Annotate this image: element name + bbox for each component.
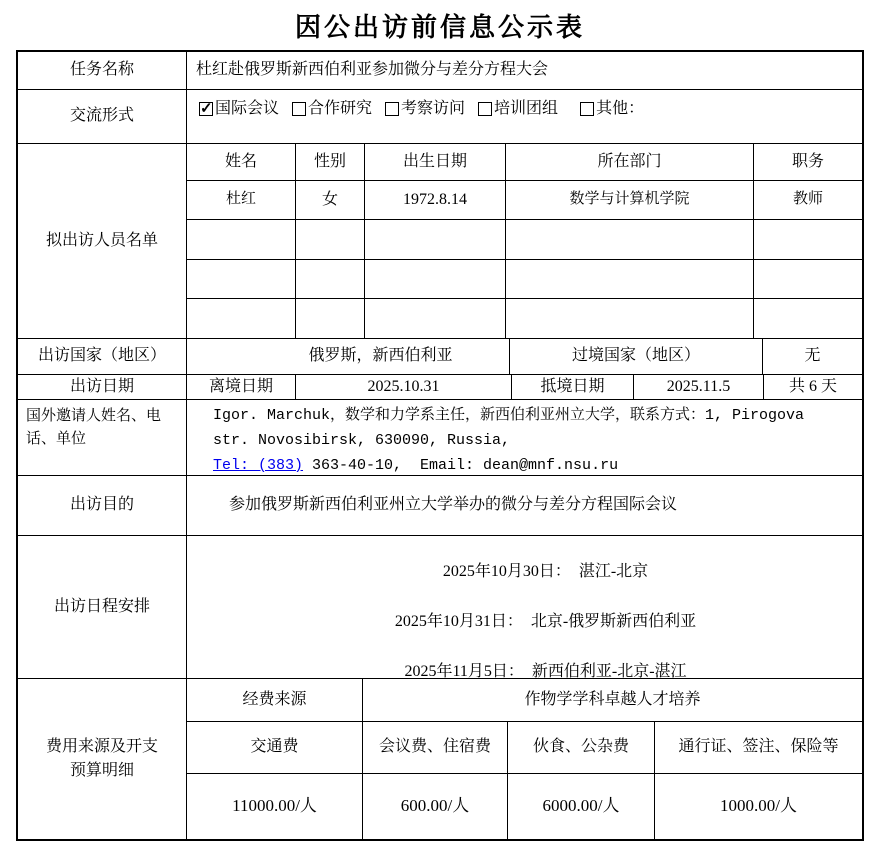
person-position — [754, 220, 862, 259]
tel-rest: 363-40-10, Email: dean@mnf.nsu.ru — [303, 457, 618, 474]
option-other: 其他： — [580, 99, 644, 120]
purpose-row: 出访目的 参加俄罗斯新西伯利亚州立大学举办的微分与差分方程国际会议 — [18, 476, 862, 536]
col-header-name: 姓名 — [187, 144, 296, 180]
arrival-date-value: 2025.11.5 — [634, 375, 764, 399]
personnel-row-empty — [187, 299, 862, 338]
col-header-department: 所在部门 — [506, 144, 754, 180]
schedule-body: 2025年10月30日： 湛江-北京 2025年10月31日： 北京-俄罗斯新西… — [187, 536, 862, 678]
person-birthdate — [365, 220, 506, 259]
transit-country-value: 无 — [763, 339, 862, 374]
personnel-header-row: 姓名 性别 出生日期 所在部门 职务 — [187, 144, 862, 181]
destination-country-row: 出访国家（地区） 俄罗斯，新西伯利亚 过境国家（地区） 无 — [18, 339, 862, 375]
person-department — [506, 260, 754, 298]
col-header-birthdate: 出生日期 — [365, 144, 506, 180]
budget-table: 经费来源 作物学学科卓越人才培养 交通费 会议费、住宿费 伙食、公杂费 通行证、… — [187, 679, 862, 839]
person-position: 教师 — [754, 181, 862, 219]
option-label: 合作研究 — [308, 99, 372, 120]
person-gender — [296, 260, 365, 298]
option-cooperative-research: 合作研究 — [292, 99, 372, 120]
total-days: 共 6 天 — [764, 375, 862, 399]
person-birthdate — [365, 260, 506, 298]
personnel-section: 拟出访人员名单 姓名 性别 出生日期 所在部门 职务 杜红 女 1972.8.1… — [18, 144, 862, 339]
budget-section: 费用来源及开支预算明细 经费来源 作物学学科卓越人才培养 交通费 会议费、住宿费… — [18, 679, 862, 839]
fee-header-meals-misc: 伙食、公杂费 — [508, 722, 655, 773]
person-name — [187, 299, 296, 338]
document-page: 因公出访前信息公示表 任务名称 杜红赴俄罗斯新西伯利亚参加微分与差分方程大会 交… — [0, 0, 880, 854]
budget-fee-header-row: 交通费 会议费、住宿费 伙食、公杂费 通行证、签注、保险等 — [187, 722, 862, 774]
col-header-gender: 性别 — [296, 144, 365, 180]
travel-dates-label: 出访日期 — [18, 375, 187, 399]
travel-dates-row: 出访日期 离境日期 2025.10.31 抵境日期 2025.11.5 共 6 … — [18, 375, 862, 400]
exchange-options: 国际会议 合作研究 考察访问 培训团组 其他： — [187, 90, 862, 143]
schedule-label: 出访日程安排 — [18, 536, 187, 678]
purpose-label: 出访目的 — [18, 476, 187, 535]
inviter-line1: Igor. Marchuk，数学和力学系主任，新西伯利亚州立大学，联系方式：1,… — [213, 403, 804, 428]
fee-header-conference-lodging: 会议费、住宿费 — [363, 722, 508, 773]
personnel-row: 杜红 女 1972.8.14 数学与计算机学院 教师 — [187, 181, 862, 220]
inviter-row: 国外邀请人姓名、电话、单位 Igor. Marchuk，数学和力学系主任，新西伯… — [18, 400, 862, 476]
checkbox-cooperative-research[interactable] — [292, 102, 306, 116]
checkbox-other[interactable] — [580, 102, 594, 116]
option-training-group: 培训团组 — [478, 99, 558, 120]
destination-country-label: 出访国家（地区） — [18, 339, 187, 374]
budget-fee-value-row: 11000.00/人 600.00/人 6000.00/人 1000.00/人 — [187, 774, 862, 839]
fee-header-transport: 交通费 — [187, 722, 363, 773]
fee-header-permit-visa-insurance: 通行证、签注、保险等 — [655, 722, 862, 773]
form-table: 任务名称 杜红赴俄罗斯新西伯利亚参加微分与差分方程大会 交流形式 国际会议 合作… — [16, 50, 864, 841]
option-label: 培训团组 — [494, 99, 558, 120]
person-gender — [296, 220, 365, 259]
personnel-label: 拟出访人员名单 — [18, 144, 187, 338]
inviter-info: Igor. Marchuk，数学和力学系主任，新西伯利亚州立大学，联系方式：1,… — [187, 400, 862, 475]
destination-country-value: 俄罗斯，新西伯利亚 — [187, 339, 510, 374]
person-name — [187, 220, 296, 259]
exchange-type-row: 交流形式 国际会议 合作研究 考察访问 培训团组 — [18, 90, 862, 144]
person-name: 杜红 — [187, 181, 296, 219]
transit-country-label: 过境国家（地区） — [510, 339, 763, 374]
person-birthdate: 1972.8.14 — [365, 181, 506, 219]
page-title: 因公出访前信息公示表 — [0, 7, 880, 44]
person-gender: 女 — [296, 181, 365, 219]
personnel-table: 姓名 性别 出生日期 所在部门 职务 杜红 女 1972.8.14 数学与计算机… — [187, 144, 862, 338]
budget-source-row: 经费来源 作物学学科卓越人才培养 — [187, 679, 862, 722]
option-inspection-visit: 考察访问 — [385, 99, 465, 120]
tel-link[interactable]: Tel: (383) — [213, 457, 303, 474]
person-department — [506, 299, 754, 338]
inviter-contact-line: Tel: (383) 363-40-10, Email: dean@mnf.ns… — [213, 453, 618, 478]
person-birthdate — [365, 299, 506, 338]
person-position — [754, 260, 862, 298]
option-label: 国际会议 — [215, 99, 279, 120]
inviter-label: 国外邀请人姓名、电话、单位 — [18, 400, 187, 475]
exchange-type-label: 交流形式 — [18, 90, 187, 143]
funding-source-value: 作物学学科卓越人才培养 — [363, 679, 862, 721]
schedule-line: 2025年10月30日： 湛江-北京 — [443, 560, 648, 584]
checkbox-international-conference[interactable] — [199, 102, 213, 116]
departure-date-value: 2025.10.31 — [296, 375, 512, 399]
person-name — [187, 260, 296, 298]
personnel-row-empty — [187, 260, 862, 299]
checkbox-inspection-visit[interactable] — [385, 102, 399, 116]
person-department — [506, 220, 754, 259]
schedule-line: 2025年10月31日： 北京-俄罗斯新西伯利亚 — [395, 610, 696, 634]
person-gender — [296, 299, 365, 338]
task-name-row: 任务名称 杜红赴俄罗斯新西伯利亚参加微分与差分方程大会 — [18, 52, 862, 90]
inviter-line2: str. Novosibirsk, 630090, Russia, — [213, 428, 510, 453]
funding-source-label: 经费来源 — [187, 679, 363, 721]
budget-label-text: 费用来源及开支预算明细 — [43, 735, 161, 783]
task-name-label: 任务名称 — [18, 52, 187, 89]
fee-value-permit-visa-insurance: 1000.00/人 — [655, 774, 862, 839]
checkbox-training-group[interactable] — [478, 102, 492, 116]
option-label: 其他： — [596, 99, 644, 120]
schedule-section: 出访日程安排 2025年10月30日： 湛江-北京 2025年10月31日： 北… — [18, 536, 862, 679]
person-department: 数学与计算机学院 — [506, 181, 754, 219]
purpose-value: 参加俄罗斯新西伯利亚州立大学举办的微分与差分方程国际会议 — [187, 476, 862, 535]
budget-label: 费用来源及开支预算明细 — [18, 679, 187, 839]
fee-value-transport: 11000.00/人 — [187, 774, 363, 839]
person-position — [754, 299, 862, 338]
departure-date-label: 离境日期 — [187, 375, 296, 399]
task-name-value: 杜红赴俄罗斯新西伯利亚参加微分与差分方程大会 — [187, 52, 862, 89]
fee-value-conference-lodging: 600.00/人 — [363, 774, 508, 839]
fee-value-meals-misc: 6000.00/人 — [508, 774, 655, 839]
option-international-conference: 国际会议 — [199, 99, 279, 120]
personnel-row-empty — [187, 220, 862, 260]
option-label: 考察访问 — [401, 99, 465, 120]
arrival-date-label: 抵境日期 — [512, 375, 634, 399]
col-header-position: 职务 — [754, 144, 862, 180]
